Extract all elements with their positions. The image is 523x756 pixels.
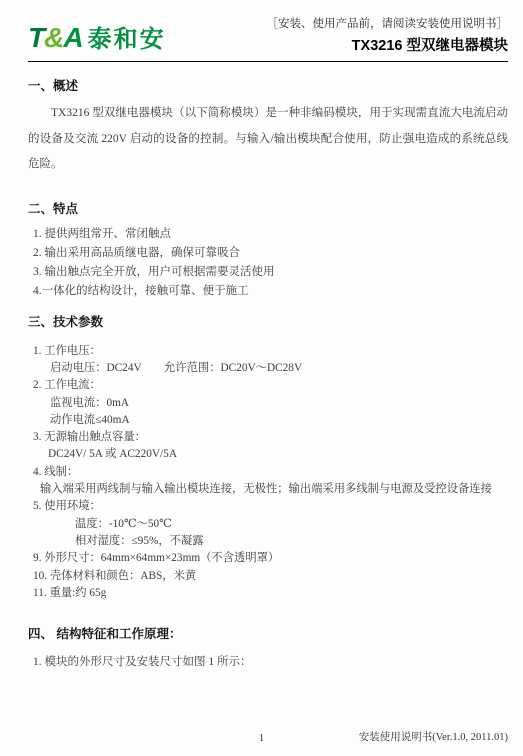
section-overview: 一、概述 TX3216 型双继电器模块（以下简称模块）是一种非编码模块，用于实现…	[28, 79, 508, 178]
tech-param-line: 11. 重量:约 65g	[28, 585, 508, 602]
tech-param-line: 动作电流≤40mA	[28, 412, 508, 429]
page-number: 1	[259, 733, 264, 744]
manual-version-text: 安装使用说明书(Ver.1.0, 2011.01)	[359, 729, 508, 744]
logo-letter-a: A	[63, 22, 82, 53]
feature-item: 1. 提供两组常开、常闭触点	[28, 225, 508, 244]
logo-letter-t: T	[28, 22, 44, 53]
brand-name-chinese: 泰和安	[88, 25, 166, 55]
section-heading-tech-params: 三、技术参数	[28, 315, 508, 329]
tech-param-line: 2. 工作电流：	[28, 377, 508, 394]
section-features: 二、特点 1. 提供两组常开、常闭触点 2. 输出采用高品质继电器，确保可靠吸合…	[28, 202, 508, 302]
tech-param-line: 温度：-10℃～50℃	[28, 516, 508, 533]
tech-param-line: 输入端采用两线制与输入输出模块连接，无极性；输出端采用多线制与电源及受控设备连接	[28, 481, 508, 498]
tech-param-line: 9. 外形尺寸：64mm×64mm×23mm（不含透明罩）	[28, 550, 508, 567]
brand-logo: T&A 泰和安	[28, 23, 166, 55]
features-list: 1. 提供两组常开、常闭触点 2. 输出采用高品质继电器，确保可靠吸合 3. 输…	[28, 225, 508, 302]
overview-paragraph: TX3216 型双继电器模块（以下简称模块）是一种非编码模块，用于实现需直流大电…	[28, 101, 508, 178]
tech-param-line: 相对湿度：≤95%，不凝露	[28, 533, 508, 550]
tech-param-line: 1. 工作电压：	[28, 343, 508, 360]
feature-item: 4.一体化的结构设计，接触可靠、便于施工	[28, 282, 508, 301]
tech-param-line: 3. 无源输出触点容量：	[28, 429, 508, 446]
feature-item: 2. 输出采用高品质继电器，确保可靠吸合	[28, 244, 508, 263]
section-heading-structure: 四、 结构特征和工作原理：	[28, 627, 508, 641]
header-right-block: ［安装、使用产品前，请阅读安装使用说明书］ TX3216 型双继电器模块	[267, 15, 509, 55]
section-heading-features: 二、特点	[28, 202, 508, 216]
read-manual-notice: ［安装、使用产品前，请阅读安装使用说明书］	[267, 15, 509, 31]
tech-param-line: 5. 使用环境：	[28, 498, 508, 515]
tech-param-line: 10. 壳体材料和颜色：ABS，米黄	[28, 568, 508, 585]
section-structure: 四、 结构特征和工作原理： 1. 模块的外形尺寸及安装尺寸如图 1 所示：	[28, 627, 508, 671]
tech-param-line: DC24V/ 5A 或 AC220V/5A	[28, 446, 508, 463]
tech-params-list: 1. 工作电压： 启动电压：DC24V 允许范围：DC20V～DC28V 2. …	[28, 343, 508, 602]
tech-param-line: 监视电流：0mA	[28, 395, 508, 412]
page-header: T&A 泰和安 ［安装、使用产品前，请阅读安装使用说明书］ TX3216 型双继…	[28, 0, 508, 61]
logo-ampersand: &	[44, 22, 63, 53]
structure-item: 1. 模块的外形尺寸及安装尺寸如图 1 所示：	[28, 654, 508, 671]
tech-param-line: 4. 线制：	[28, 464, 508, 481]
feature-item: 3. 输出触点完全开放，用户可根据需要灵活使用	[28, 263, 508, 282]
page-footer: 1 安装使用说明书(Ver.1.0, 2011.01)	[0, 731, 523, 744]
manual-page: T&A 泰和安 ［安装、使用产品前，请阅读安装使用说明书］ TX3216 型双继…	[0, 0, 523, 756]
document-title: TX3216 型双继电器模块	[267, 34, 509, 55]
brand-logo-latin: T&A	[28, 23, 83, 53]
header-divider	[28, 61, 508, 62]
section-tech-params: 三、技术参数 1. 工作电压： 启动电压：DC24V 允许范围：DC20V～DC…	[28, 315, 508, 602]
tech-param-line: 启动电压：DC24V 允许范围：DC20V～DC28V	[28, 360, 508, 377]
section-heading-overview: 一、概述	[28, 79, 508, 93]
